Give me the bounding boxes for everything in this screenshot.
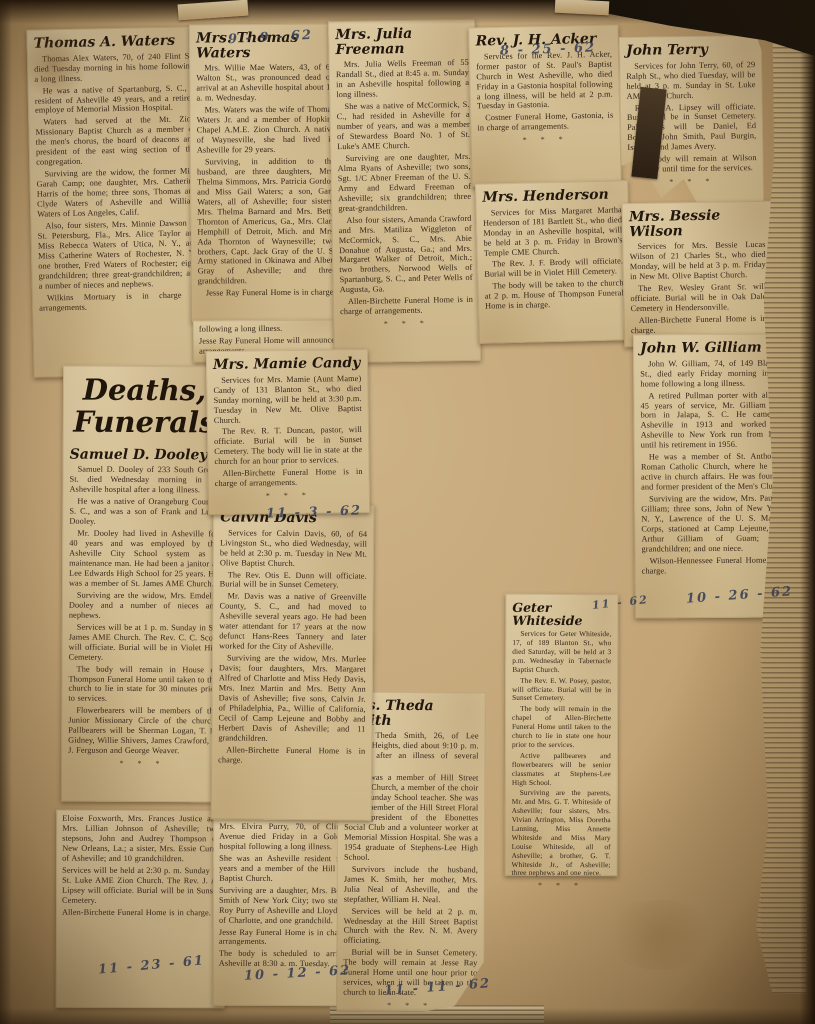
paragraph: Active pallbearers and flowerbearers wil… [512,752,611,788]
page-left-edge [0,0,12,1024]
paragraph: The Rev. Wesley Grant Sr. will officiate… [630,282,767,314]
paragraph: Services for the Rev. J. H. Acker, forme… [476,49,613,112]
paragraph: Also four sisters, Amanda Crawford and M… [338,214,472,296]
clipping-geter-whiteside: Geter Whiteside Services for Geter White… [505,594,619,876]
clipping-title: Mrs. Henderson [482,187,621,205]
paragraph: Surviving are the parents, Mr. and Mrs. … [512,789,611,878]
clipping-title: Thomas A. Waters [34,33,194,51]
paragraph: Samuel D. Dooley of 233 South Grove St. … [69,465,218,496]
section-separator: * * * [340,318,473,329]
clipping-title: John Terry [626,42,755,58]
paragraph: The Rev. J. F. Brody will officiate. Bur… [484,257,623,280]
clipping-mrs-mamie-candy: Mrs. Mamie Candy Services for Mrs. Mamie… [206,349,370,515]
torn-paper-bit [555,0,610,15]
paragraph: Services will be at 1 p. m. Sunday in St… [69,622,218,663]
paragraph: Mrs. Julia Wells Freeman of 55 Randall S… [336,58,470,100]
clipping-body: Services for Mrs. Mamie (Aunt Mame) Cand… [213,374,363,490]
paragraph: Mrs. Willie Mae Waters, 43, of 64 Walton… [196,63,334,104]
paragraph: Surviving are the widow, the former Miss… [36,167,197,220]
section-separator: * * * [511,881,610,890]
clipping-title: Mrs. Mamie Candy [213,356,361,373]
paragraph: Mr. Davis was a native of Greenville Cou… [219,592,367,653]
clipping-body: Services for Calvin Davis, 60, of 64 Liv… [218,528,367,766]
paragraph: Thomas Alex Waters, 70, of 240 Flint St.… [34,51,195,84]
clipping-body: John W. Gilliam, 74, of 149 Blanton St.,… [640,358,786,576]
paragraph: She was a native of McCormick, S. C., ha… [336,100,470,152]
section-separator: * * * [215,490,363,501]
clipping-mrs-henderson: Mrs. Henderson Services for Miss Margare… [475,180,632,344]
clipping-body: Eloise Foxworth, Mrs. Frances Justice an… [62,814,219,918]
paragraph: Wilkins Mortuary is in charge of arrange… [39,290,199,313]
paragraph: He was a native of Orangeburg County, S.… [69,497,218,528]
paragraph: The body will remain in the chapel of Al… [512,705,611,750]
scrapbook-page: Thomas A. Waters Thomas Alex Waters, 70,… [0,0,815,1024]
clipping-title: Mrs. Julia Freeman [335,26,468,58]
paragraph: Eloise Foxworth, Mrs. Frances Justice an… [62,814,219,864]
section-separator: * * * [478,134,614,146]
clipping-body: Thomas Alex Waters, 70, of 240 Flint St.… [34,51,199,313]
paragraph: Waters had served at the Mt. Zion Missio… [35,115,196,168]
paragraph: Allen-Birchette Funeral Home is in charg… [215,467,363,489]
paragraph: following a long illness. [199,323,335,334]
paragraph: Allen-Birchette Funeral Home is in charg… [62,907,219,918]
clipping-title: Samuel D. Dooley [70,447,219,462]
paragraph: Services for Mrs. Bessie Lucas Wilson of… [629,240,766,282]
paragraph: Services will be held at 2 p. m. Wednesd… [344,906,478,947]
paragraph: Services for Geter Whiteside, 17, of 189… [512,630,611,675]
age-stain [600,900,720,970]
paragraph: A retired Pullman porter with almost 45 … [640,390,784,451]
paragraph: Surviving are the widow, Mrs. Murlee Dav… [218,653,366,744]
clipping-st-luke-fragment: Eloise Foxworth, Mrs. Frances Justice an… [56,810,226,1009]
paragraph: He was a native of Spartanburg, S. C., a… [35,83,196,116]
clipping-mrs-julia-freeman: Mrs. Julia Freeman Mrs. Julia Wells Free… [328,19,481,364]
section-heading: Deaths, Funerals [70,375,219,440]
paragraph: Survivors include the husband, James K. … [344,864,478,905]
paragraph: He was a member of St. Anthony's Roman C… [641,452,785,493]
paragraph: Surviving are the widow, Mrs. Pauline Gi… [641,494,785,555]
clipping-body: Services for Miss Margaret Martha Hender… [483,205,624,312]
paragraph: Allen-Birchette Funeral Home is in charg… [218,745,365,766]
paragraph: John W. Gilliam, 74, of 149 Blanton St.,… [640,358,784,389]
paragraph: Services for Calvin Davis, 60, of 64 Liv… [220,528,367,569]
paragraph: The body will remain in House of Thompso… [68,664,217,705]
clipping-calvin-davis: Calvin Davis Services for Calvin Davis, … [211,503,375,820]
paragraph: Costner Funeral Home, Gastonia, is in ch… [477,111,613,134]
clipping-body: Services for Geter Whiteside, 17, of 189… [512,630,612,878]
paragraph: Wilson-Hennessee Funeral Home is in char… [642,555,786,576]
paragraph: Services for Miss Margaret Martha Hender… [483,205,623,258]
clipping-body: Services for Mrs. Bessie Lucas Wilson of… [629,240,767,336]
paragraph: Flowerbearers will be members of the Jun… [68,706,217,757]
paragraph: Services will be held at 2:30 p. m. Sund… [62,865,219,905]
clipping-body: Samuel D. Dooley of 233 South Grove St. … [68,465,219,756]
torn-paper-bit [178,0,249,20]
paragraph: Jesse Ray Funeral Home is in charge. [198,288,336,299]
paragraph: Surviving are one daughter, Mrs. Alma Ry… [337,152,471,214]
paragraph: The Rev. R. T. Duncan, pastor, will offi… [214,425,363,467]
paragraph: Allen-Birchette Funeral Home is in charg… [340,295,473,317]
clipping-mrs-thomas-waters: Mrs. Thomas Waters Mrs. Willie Mae Water… [189,23,343,322]
clipping-body: Mrs. Willie Mae Waters, 43, of 64 Walton… [196,63,336,299]
clipping-deaths-funerals-dooley: Deaths, Funerals Samuel D. Dooley Samuel… [61,366,226,803]
paragraph: Surviving, in addition to the husband, a… [197,156,336,286]
clipping-thomas-a-waters: Thomas A. Waters Thomas Alex Waters, 70,… [26,26,207,378]
paragraph: The body will be taken to the church at … [484,279,624,312]
clipping-mrs-bessie-wilson: Mrs. Bessie Wilson Services for Mrs. Bes… [622,201,774,348]
section-separator: * * * [68,759,217,769]
paragraph: Mr. Dooley had lived in Asheville for 40… [69,529,218,589]
paragraph: The Rev. Otis E. Dunn will officiate. Bu… [220,570,367,591]
clipping-title: John W. Gilliam [640,341,784,357]
paragraph: Also, four sisters, Mrs. Minnie Dawson o… [37,218,198,291]
paragraph: The Rev. E. W. Posey, pastor, will offic… [512,677,611,704]
paragraph: Mrs. Waters was the wife of Thomas Water… [197,105,335,156]
clipping-title: Mrs. Bessie Wilson [629,208,765,240]
clipping-body: Services for the Rev. J. H. Acker, forme… [476,49,614,133]
clipping-body: Mrs. Julia Wells Freeman of 55 Randall S… [336,58,473,317]
paragraph: Services for Mrs. Mamie (Aunt Mame) Cand… [213,374,362,426]
paragraph: Surviving are the widow, Mrs. Emdella Do… [69,591,218,622]
